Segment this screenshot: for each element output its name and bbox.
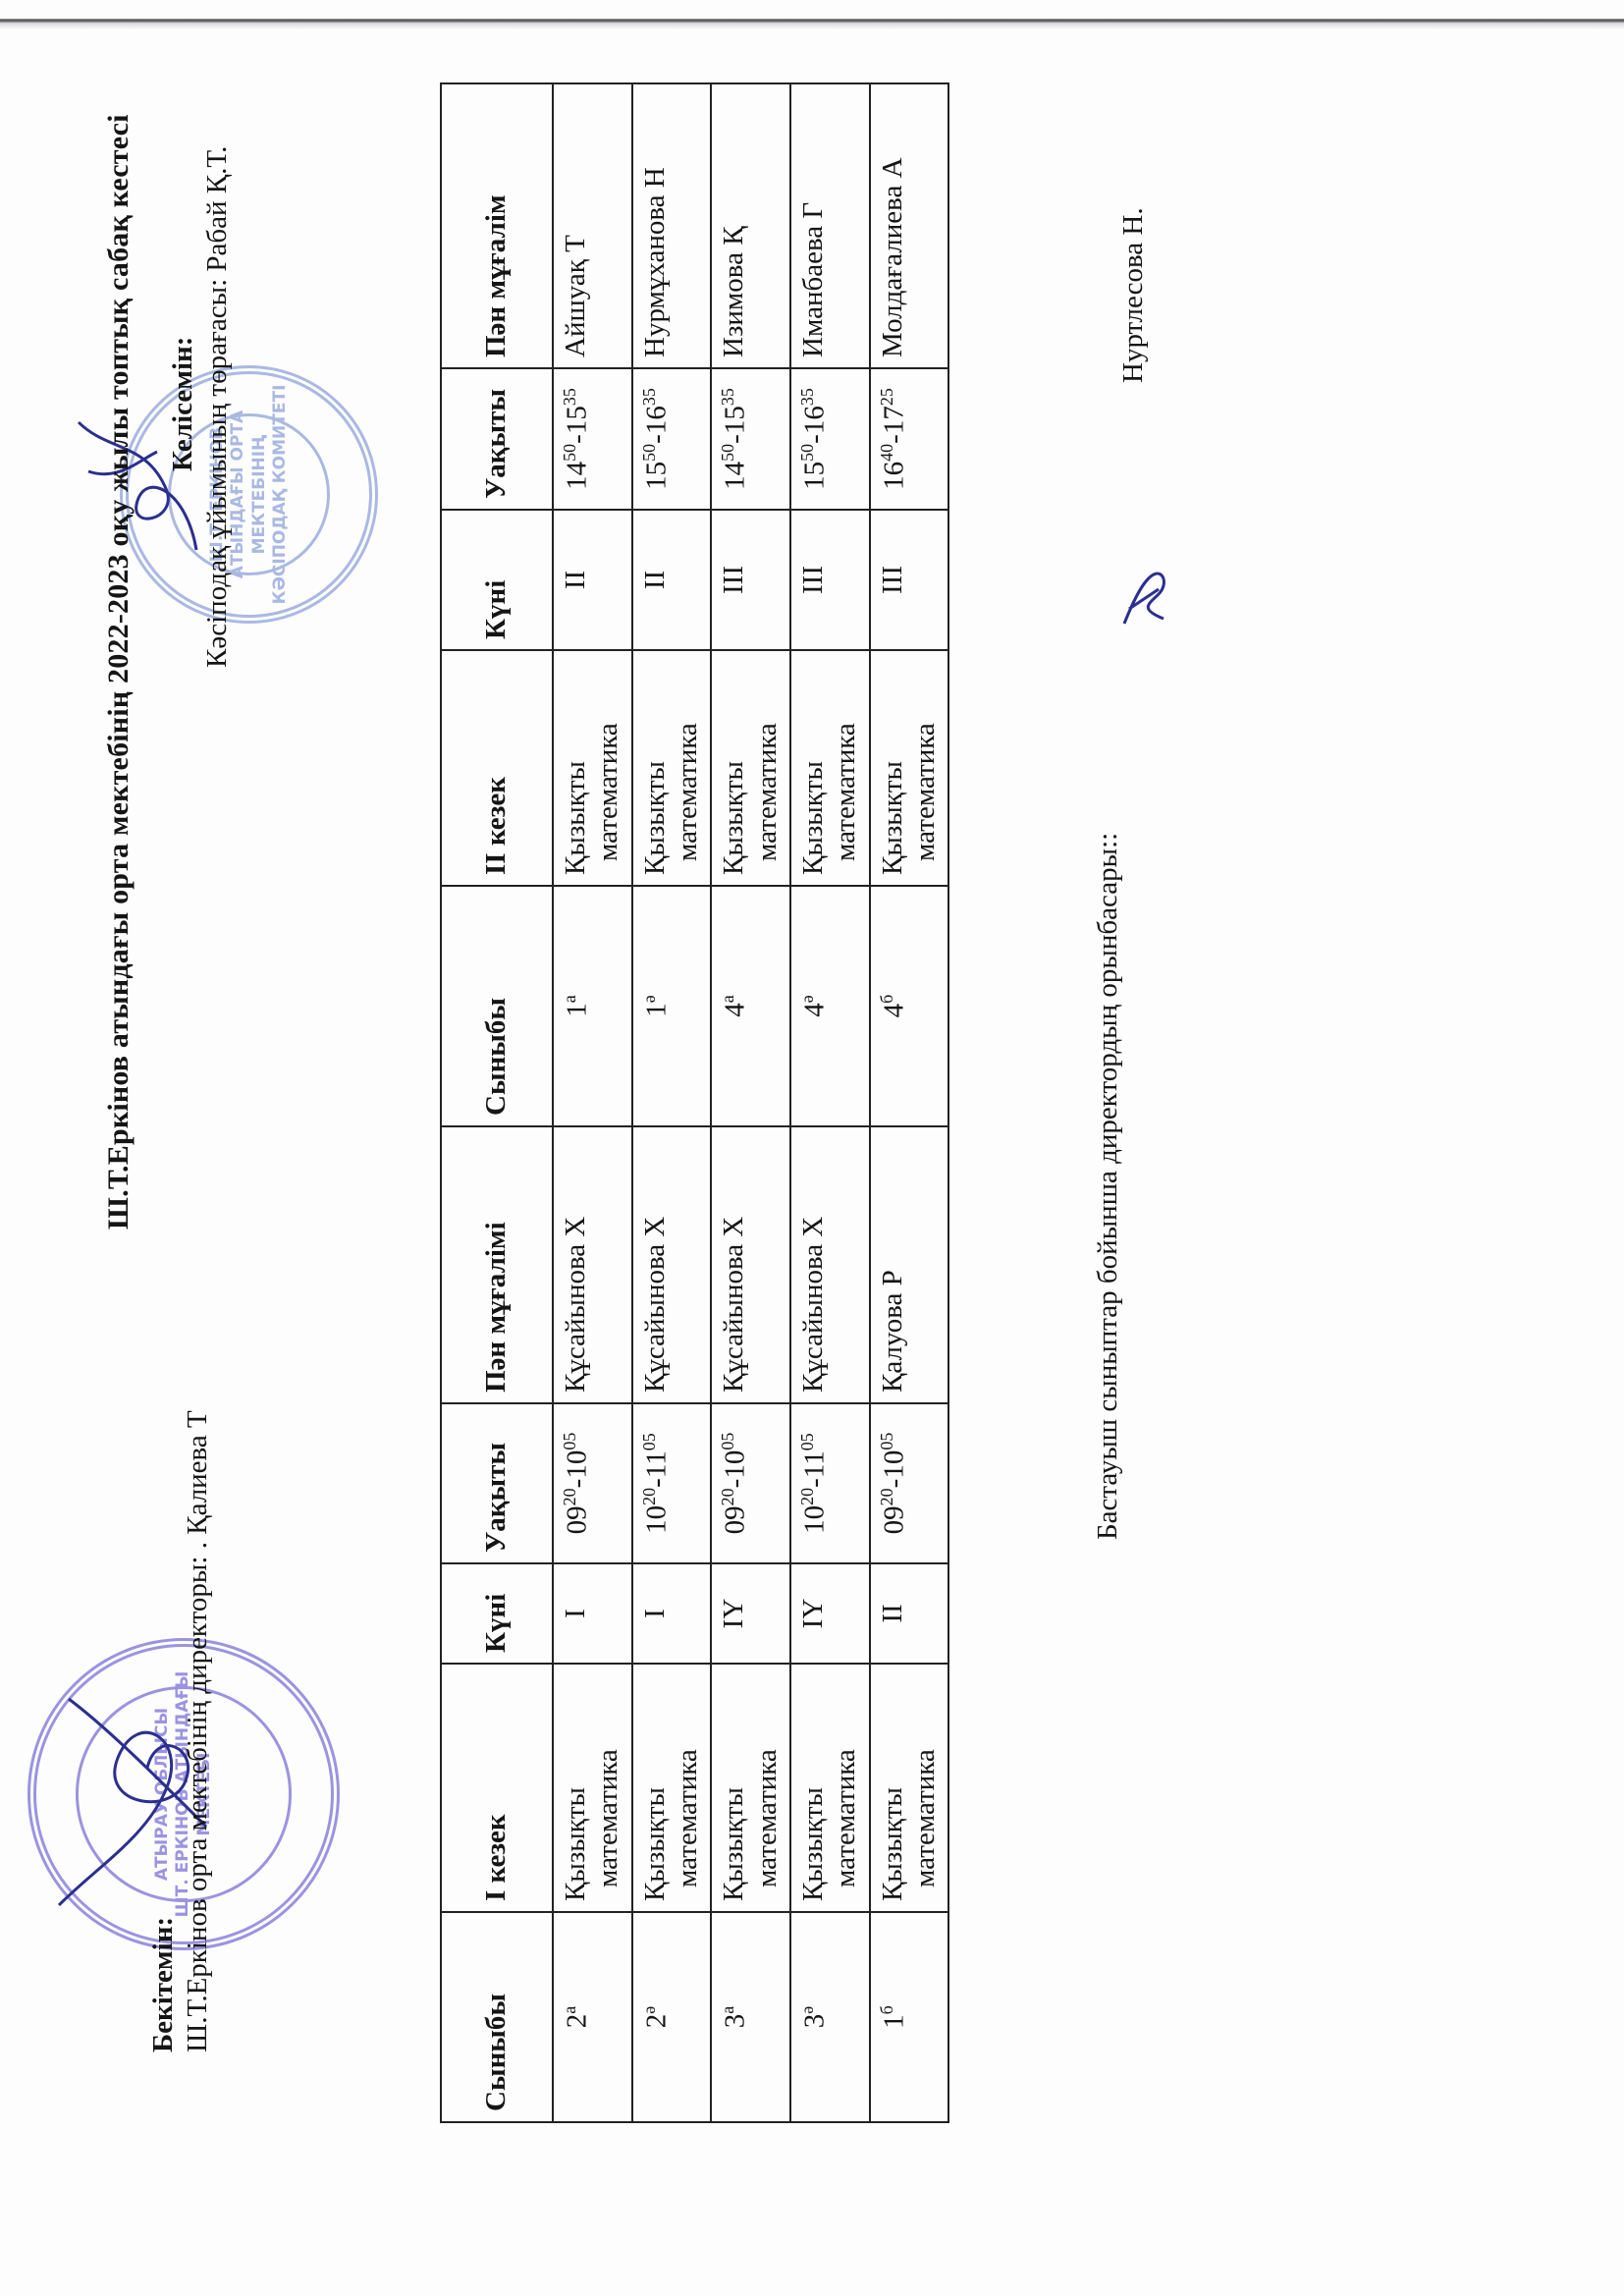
day-cell: III	[711, 510, 790, 650]
teacher-cell: Құсайынова Х	[632, 1126, 712, 1403]
header-shift-1: I кезек	[441, 1664, 553, 1912]
class-cell: 1б	[870, 1912, 949, 2122]
subject-cell: Қызықтыматематика	[553, 650, 632, 886]
day-cell: IY	[711, 1563, 790, 1664]
class-cell: 1ә	[632, 886, 712, 1126]
table-row: 3ә Қызықтыматематика IY 1020-1105 Құсайы…	[790, 83, 870, 2122]
agreement-line: Кәсіподақ ұйымының төрағасы: Рабай Қ.Т.	[201, 146, 234, 668]
deputy-director-role: Бастауыш сыныптар бойынша директордың ор…	[1092, 833, 1124, 1540]
class-cell: 2ә	[632, 1912, 712, 2122]
time-cell: 0920-1005	[553, 1403, 632, 1563]
table-row: 2а Қызықтыматематика I 0920-1005 Құсайын…	[553, 83, 632, 2122]
header-day-2: Күні	[441, 510, 553, 650]
time-cell: 0920-1005	[711, 1403, 790, 1563]
subject-cell: Қызықтыматематика	[790, 1664, 870, 1912]
subject-cell: Қызықтыматематика	[711, 1664, 790, 1912]
time-cell: 1640-1725	[870, 368, 949, 510]
table-row: 3а Қызықтыматематика IY 0920-1005 Құсайы…	[711, 83, 790, 2122]
table-header-row: Сыныбы I кезек Күні Уақыты Пән мұғалімі …	[441, 83, 553, 2122]
header-time-2: Уақыты	[441, 368, 553, 510]
table-row: 2ә Қызықтыматематика I 1020-1105 Құсайын…	[632, 83, 712, 2122]
time-cell: 0920-1005	[870, 1403, 949, 1563]
day-cell: I	[632, 1563, 712, 1664]
teacher-cell: Құсайынова Х	[553, 1126, 632, 1403]
teacher-cell: Нурмұханова Н	[632, 83, 712, 368]
subject-cell: Қызықтыматематика	[711, 650, 790, 886]
teacher-cell: Құсайынова Х	[790, 1126, 870, 1403]
approval-line: Ш.Т.Еркінов орта мектебінің директоры: .…	[182, 1410, 214, 2052]
header-time-1: Уақыты	[441, 1403, 553, 1563]
day-cell: III	[790, 510, 870, 650]
subject-cell: Қызықтыматематика	[790, 650, 870, 886]
subject-cell: Қызықтыматематика	[870, 650, 949, 886]
class-cell: 3а	[711, 1912, 790, 2122]
header-class-2: Сыныбы	[441, 886, 553, 1126]
class-cell: 4ә	[790, 886, 870, 1126]
header-teacher-1: Пән мұғалімі	[441, 1126, 553, 1403]
time-cell: 1450-1535	[553, 368, 632, 510]
header-teacher-2: Пән мұғалім	[441, 83, 553, 368]
approval-label: Бекітемін:	[147, 1917, 180, 2052]
class-cell: 4а	[711, 886, 790, 1126]
time-cell: 1550-1635	[632, 368, 712, 510]
day-cell: II	[632, 510, 712, 650]
time-cell: 1020-1105	[790, 1403, 870, 1563]
day-cell: I	[553, 1563, 632, 1664]
time-cell: 1450-1535	[711, 368, 790, 510]
class-cell: 2а	[553, 1912, 632, 2122]
subject-cell: Қызықтыматематика	[632, 650, 712, 886]
teacher-cell: Айшуақ Т	[553, 83, 632, 368]
document-title: Ш.Т.Еркінов атындағы орта мектебінің 202…	[102, 114, 135, 1230]
class-cell: 4б	[870, 886, 949, 1126]
deputy-signature	[1119, 570, 1173, 629]
header-shift-2: II кезек	[441, 650, 553, 886]
header-class-1: Сыныбы	[441, 1912, 553, 2122]
class-cell: 1а	[553, 886, 632, 1126]
teacher-cell: Изимова Қ	[711, 83, 790, 368]
day-cell: II	[870, 1563, 949, 1664]
time-cell: 1550-1635	[790, 368, 870, 510]
class-cell: 3ә	[790, 1912, 870, 2122]
deputy-director-name: Нуртлесова Н.	[1117, 207, 1150, 383]
teacher-cell: Иманбаева Г	[790, 83, 870, 368]
day-cell: III	[870, 510, 949, 650]
day-cell: IY	[790, 1563, 870, 1664]
table-row: 1б Қызықтыматематика II 0920-1005 Қалуов…	[870, 83, 949, 2122]
day-cell: II	[553, 510, 632, 650]
time-cell: 1020-1105	[632, 1403, 712, 1563]
teacher-cell: Молдағалиева А	[870, 83, 949, 368]
teacher-cell: Құсайынова Х	[711, 1126, 790, 1403]
scan-page-edge	[0, 14, 1624, 29]
subject-cell: Қызықтыматематика	[870, 1664, 949, 1912]
subject-cell: Қызықтыматематика	[553, 1664, 632, 1912]
teacher-cell: Қалуова Р	[870, 1126, 949, 1403]
header-day-1: Күні	[441, 1563, 553, 1664]
schedule-table: Сыныбы I кезек Күні Уақыты Пән мұғалімі …	[440, 86, 947, 2123]
agreement-label: Келісемін:	[167, 337, 199, 471]
subject-cell: Қызықтыматематика	[632, 1664, 712, 1912]
